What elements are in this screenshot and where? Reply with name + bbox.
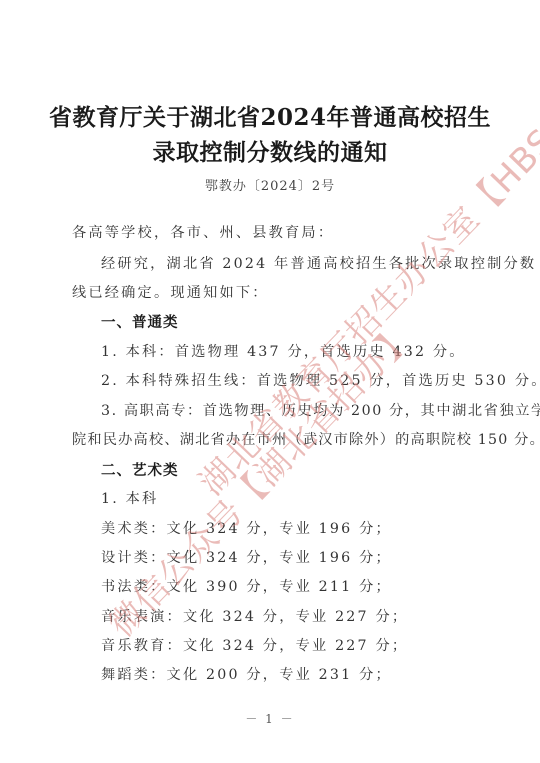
section-heading-art: 二、艺术类 (101, 459, 179, 480)
general-item-2: 2. 本科特殊招生线：首选物理 525 分，首选历史 530 分。 (101, 370, 540, 390)
document-title-line2: 录取控制分数线的通知 (0, 134, 540, 167)
art-item-fine-arts: 美术类：文化 324 分，专业 196 分； (101, 518, 392, 538)
intro-paragraph-line1: 经研究，湖北省 2024 年普通高校招生各批次录取控制分数 (101, 253, 536, 273)
art-item-music-performance: 音乐表演：文化 324 分，专业 227 分； (101, 606, 408, 626)
document-title-line1: 省教育厅关于湖北省2024年普通高校招生 (0, 99, 540, 132)
page-number: － 1 － (0, 710, 540, 727)
general-item-3-line1: 3. 高职高专：首选物理、历史均为 200 分，其中湖北省独立学 (101, 400, 540, 420)
document-number: 鄂教办〔2024〕2号 (0, 175, 540, 194)
art-item-calligraphy: 书法类：文化 390 分，专业 211 分； (101, 576, 392, 596)
art-item-dance: 舞蹈类：文化 200 分，专业 231 分； (101, 664, 392, 684)
salutation: 各高等学校，各市、州、县教育局： (72, 222, 334, 242)
intro-paragraph-line2: 线已经确定。现通知如下： (72, 282, 269, 302)
document-page: 省教育厅关于湖北省2024年普通高校招生 录取控制分数线的通知 鄂教办〔2024… (0, 0, 540, 763)
art-item-design: 设计类：文化 324 分，专业 196 分； (101, 547, 392, 567)
art-subheading-undergrad: 1. 本科 (101, 488, 158, 508)
general-item-1: 1. 本科：首选物理 437 分，首选历史 432 分。 (101, 341, 466, 361)
art-item-music-education: 音乐教育：文化 324 分，专业 227 分； (101, 635, 408, 655)
section-heading-general: 一、普通类 (101, 311, 179, 332)
general-item-3-line2: 院和民办高校、湖北省办在市州（武汉市除外）的高职院校 150 分。 (72, 429, 540, 449)
